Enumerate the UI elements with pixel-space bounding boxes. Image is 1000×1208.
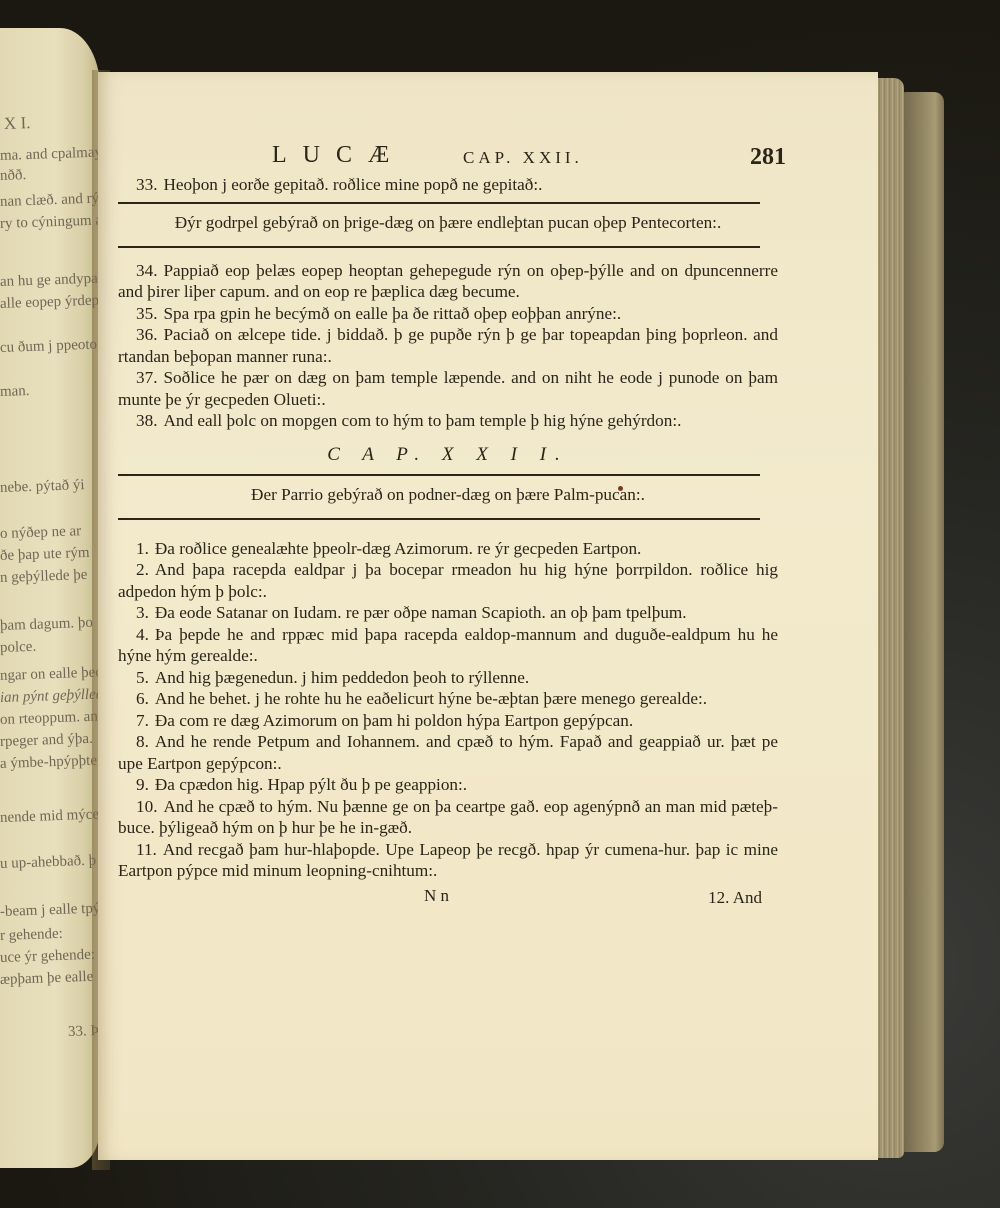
verse-7: 7.Ða com re dæg Azimorum on þam hi poldo… bbox=[118, 710, 778, 732]
left-ghost-line: nðð. bbox=[0, 167, 27, 185]
left-ghost-line: ry to cýningum and bbox=[0, 212, 100, 233]
verse-2: 2.And þapa racepda ealdpar j þa bocepar … bbox=[118, 559, 778, 602]
left-ghost-line: þam dagum. þo bbox=[0, 615, 93, 635]
verse-text: And recgað þam hur-hlaþopde. Upe Lapeop … bbox=[118, 840, 778, 881]
rubric-gospel-note: Ðýr godrpel gebýrað on þrige-dæg on þære… bbox=[118, 204, 778, 240]
verse-number: 34. bbox=[118, 260, 157, 282]
verse-text: Soðlice he pær on dæg on þam temple læpe… bbox=[118, 368, 778, 409]
left-ghost-line: a ýmbe-hpýpþte bbox=[0, 753, 97, 773]
running-head: LUCÆ CAP. XXII. 281 bbox=[118, 138, 778, 174]
left-ghost-line: rpeger and ýþa. bbox=[0, 731, 93, 751]
verse-text: Ða com re dæg Azimorum on þam hi poldon … bbox=[155, 711, 633, 730]
verse-text: Ða eode Satanar on Iudam. re pær oðpe na… bbox=[155, 603, 687, 622]
verse-number: 10. bbox=[118, 796, 157, 818]
left-ghost-line: man. bbox=[0, 383, 30, 401]
verse-text: And hig þægenedun. j him peddedon þeoh t… bbox=[155, 668, 529, 687]
left-ghost-line: alle eopep ýrdep-p bbox=[0, 292, 100, 313]
verse-1: 1.Ða roðlice genealæhte þpeolr-dæg Azimo… bbox=[118, 538, 778, 560]
catchword: 12. And bbox=[708, 888, 762, 908]
verse-8: 8.And he rende Petpum and Iohannem. and … bbox=[118, 731, 778, 774]
verse-9: 9.Ða cpædon hig. Hpap pýlt ðu þ pe geapp… bbox=[118, 774, 778, 796]
page-number: 281 bbox=[750, 144, 786, 171]
verse-number: 11. bbox=[118, 839, 157, 861]
verse-number: 8. bbox=[118, 731, 149, 753]
left-ghost-line: ma. and cpalmay bbox=[0, 144, 100, 165]
left-ghost-line: o nýðep ne ar bbox=[0, 523, 81, 543]
verse-3: 3.Ða eode Satanar on Iudam. re pær oðpe … bbox=[118, 602, 778, 624]
page-text: LUCÆ CAP. XXII. 281 33.Heoþon j eorðe ge… bbox=[118, 138, 778, 910]
verse-36: 36.Paciað on ælcepe tide. j biddað. þ ge… bbox=[118, 324, 778, 367]
book-photograph: X I. ma. and cpalmay nðð. nan clæð. and … bbox=[0, 0, 1000, 1208]
verse-5: 5.And hig þægenedun. j him peddedon þeoh… bbox=[118, 667, 778, 689]
verse-number: 2. bbox=[118, 559, 149, 581]
verse-text: Ða cpædon hig. Hpap pýlt ðu þ pe geappio… bbox=[155, 775, 467, 794]
verse-35: 35.Spa rpa gpin he becýmð on ealle þa ðe… bbox=[118, 303, 778, 325]
left-ghost-line: ian pýnt geþýllede bbox=[0, 686, 100, 707]
verse-text: And he rende Petpum and Iohannem. and cp… bbox=[118, 732, 778, 773]
signature-mark: N n bbox=[424, 886, 449, 906]
verse-text: Spa rpa gpin he becýmð on ealle þa ðe ri… bbox=[163, 304, 621, 323]
verse-4: 4.Þa þepde he and rppæc mid þapa racepda… bbox=[118, 624, 778, 667]
verse-text: And þapa racepda ealdpar j þa bocepar rm… bbox=[118, 560, 778, 601]
left-ghost-line: X I. bbox=[4, 113, 31, 134]
verse-number: 7. bbox=[118, 710, 149, 732]
verse-number: 33. bbox=[118, 174, 157, 196]
verse-text: Paciað on ælcepe tide. j biddað. þ ge pu… bbox=[118, 325, 778, 366]
verse-text: And he behet. j he rohte hu he eaðelicur… bbox=[155, 689, 707, 708]
chapter-label: CAP. XXII. bbox=[463, 148, 583, 168]
verse-number: 6. bbox=[118, 688, 149, 710]
verse-number: 5. bbox=[118, 667, 149, 689]
verse-text: Ða roðlice genealæhte þpeolr-dæg Azimoru… bbox=[155, 539, 641, 558]
verse-38: 38.And eall þolc on mopgen com to hým to… bbox=[118, 410, 778, 432]
verse-number: 35. bbox=[118, 303, 157, 325]
left-ghost-line: polce. bbox=[0, 639, 37, 657]
verse-10: 10.And he cpæð to hým. Nu þænne ge on þa… bbox=[118, 796, 778, 839]
verse-text: Heoþon j eorðe gepitað. roðlice mine pop… bbox=[163, 175, 542, 194]
verse-text: Þa þepde he and rppæc mid þapa racepda e… bbox=[118, 625, 778, 666]
verse-number: 36. bbox=[118, 324, 157, 346]
left-ghost-line: u up-ahebbað. þ bbox=[0, 853, 96, 873]
left-ghost-line: r gehende: bbox=[0, 926, 63, 945]
verse-number: 3. bbox=[118, 602, 149, 624]
verse-11: 11.And recgað þam hur-hlaþopde. Upe Lape… bbox=[118, 839, 778, 882]
verse-37: 37.Soðlice he pær on dæg on þam temple l… bbox=[118, 367, 778, 410]
page-edges bbox=[876, 78, 904, 1158]
left-ghost-line: nebe. pýtað ýi bbox=[0, 477, 85, 497]
left-ghost-line: an hu ge andypapo bbox=[0, 270, 100, 291]
left-ghost-line: ngar on ealle þeod bbox=[0, 664, 100, 685]
verse-number: 38. bbox=[118, 410, 157, 432]
book-cover-edge bbox=[900, 92, 944, 1152]
left-page-fragment: X I. ma. and cpalmay nðð. nan clæð. and … bbox=[0, 28, 100, 1168]
verse-text: And eall þolc on mopgen com to hým to þa… bbox=[163, 411, 681, 430]
left-ghost-line: nan clæð. and rý bbox=[0, 191, 99, 211]
left-ghost-line: nende mid mýcelu bbox=[0, 806, 100, 827]
left-ghost-line: -beam j ealle tpý bbox=[0, 901, 100, 921]
verse-number: 4. bbox=[118, 624, 149, 646]
left-ghost-line: æpþam þe ealle bbox=[0, 969, 94, 989]
verse-text: Pappiað eop þelæs eopep heoptan gehepegu… bbox=[118, 261, 778, 302]
left-ghost-line: uce ýr gehende: bbox=[0, 947, 95, 967]
verse-6: 6.And he behet. j he rohte hu he eaðelic… bbox=[118, 688, 778, 710]
verse-number: 37. bbox=[118, 367, 157, 389]
book-title: LUCÆ bbox=[272, 142, 405, 169]
rubric-passion-note: Ðer Parrio gebýrað on podner-dæg on þære… bbox=[118, 476, 778, 512]
left-ghost-line: ðe þap ute rým bbox=[0, 545, 90, 565]
verse-number: 1. bbox=[118, 538, 149, 560]
left-ghost-line: n geþýllede þe bbox=[0, 567, 88, 587]
verse-number: 9. bbox=[118, 774, 149, 796]
left-ghost-line: cu ðum j ppeoto bbox=[0, 337, 97, 357]
verse-33: 33.Heoþon j eorðe gepitað. roðlice mine … bbox=[118, 174, 778, 196]
verse-34: 34.Pappiað eop þelæs eopep heoptan gehep… bbox=[118, 260, 778, 303]
left-ghost-line: on rteoppum. an bbox=[0, 709, 98, 729]
verse-text: And he cpæð to hým. Nu þænne ge on þa ce… bbox=[118, 797, 778, 838]
chapter-heading: C A P. X X I I. bbox=[118, 444, 778, 466]
page-footer: N n 12. And bbox=[118, 882, 778, 910]
